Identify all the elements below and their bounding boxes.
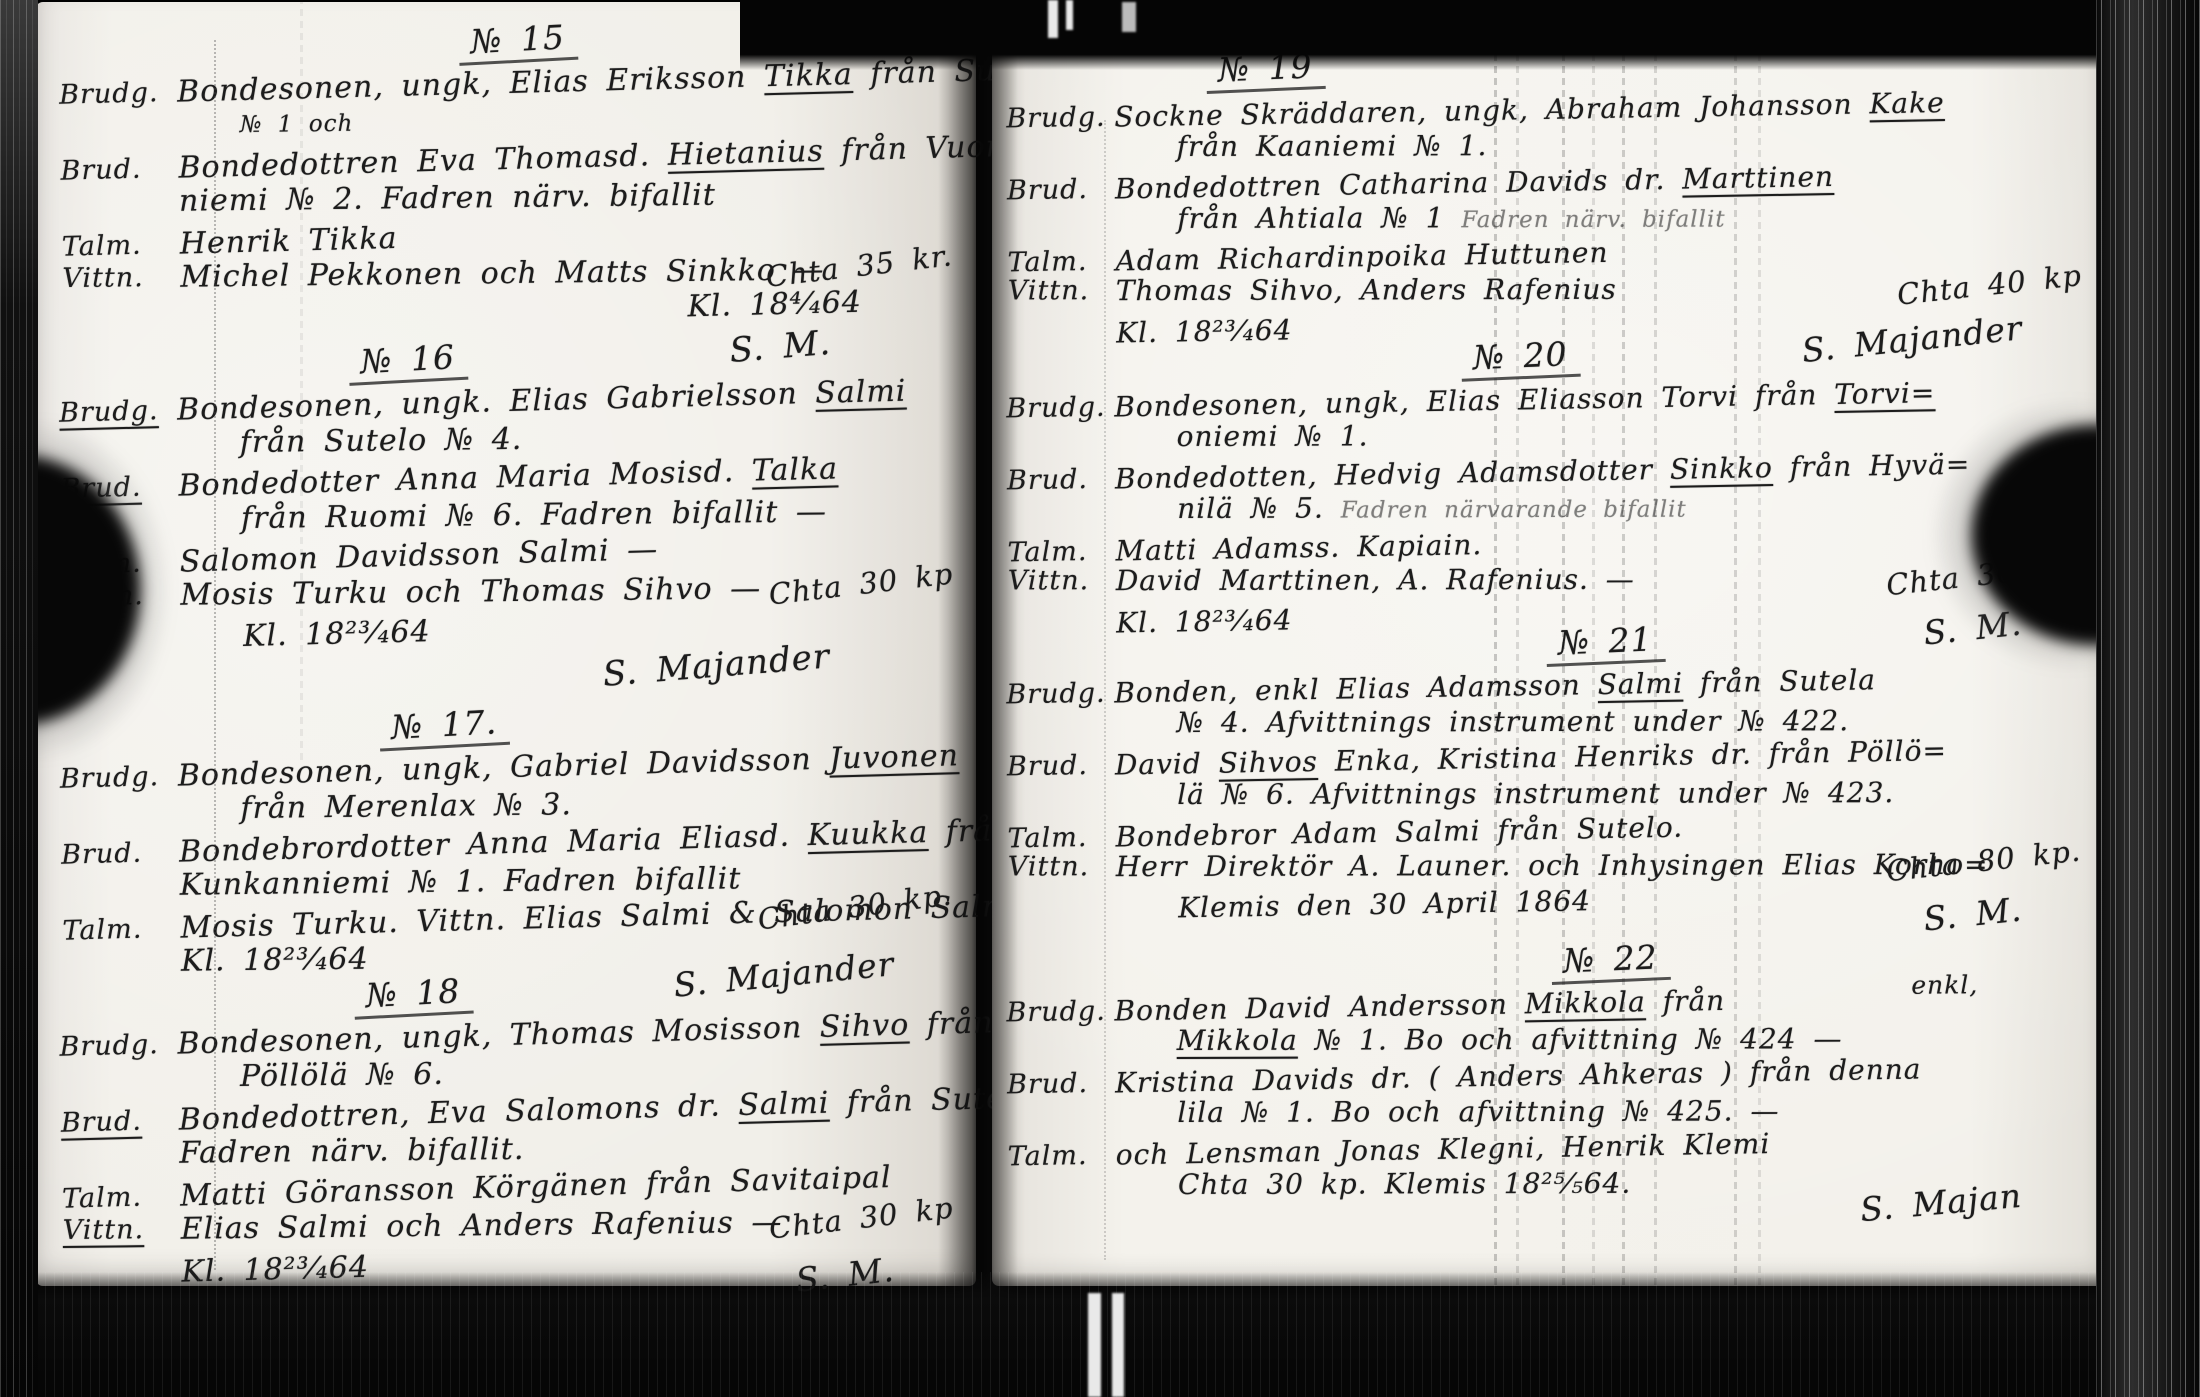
record-entry-18: № 18Brudg.Bondesonen, ungk, Thomas Mosis…: [58, 964, 958, 1292]
film-frame-mark: [1112, 1293, 1124, 1397]
record-entry-20: № 20Brudg.Bondesonen, ungk, Elias Eliass…: [1006, 331, 2087, 638]
film-scratch: [1562, 50, 1565, 1285]
film-scratch: [1758, 50, 1761, 1285]
record-entry-16: № 16Brudg.Bondesonen, ungk. Elias Gabrie…: [58, 330, 959, 696]
margin-rule-right: [1104, 120, 1106, 1260]
record-label: Vittn.: [1008, 849, 1116, 885]
record-label: [1007, 129, 1115, 165]
record-entry-21: № 21Brudg.Bonden, enkl Elias Adamsson Sa…: [1006, 617, 2087, 924]
film-frame-mark: [1088, 1293, 1101, 1397]
right-page: № 19Brudg.Sockne Skräddaren, ungk, Abrah…: [992, 46, 2104, 1286]
left-page: № 15Brudg.Bondesonen, ungk, Elias Erikss…: [36, 2, 976, 1286]
record-label: [60, 108, 178, 147]
film-frame-mark: [1066, 0, 1073, 30]
record-label: [1007, 491, 1115, 527]
film-scratch: [1494, 50, 1497, 1285]
film-scratch: [1592, 50, 1595, 1285]
record-label: Vittn.: [62, 260, 180, 299]
film-border-top: [740, 0, 2100, 70]
film-scratch: [1516, 50, 1519, 1285]
record-entry-19: № 19Brudg.Sockne Skräddaren, ungk, Abrah…: [1006, 41, 2087, 348]
record-label: [62, 868, 180, 907]
record-entry-17: № 17.Brudg.Bondesonen, ungk, Gabriel Dav…: [59, 696, 959, 986]
record-text: S. Majander: [602, 638, 832, 694]
record-label: [1007, 201, 1115, 237]
film-scratch: [1622, 50, 1625, 1285]
film-scratch: [300, 0, 303, 760]
record-label: Vittn.: [1008, 563, 1116, 599]
record-label: [1007, 419, 1115, 455]
record-label: [1007, 777, 1115, 813]
record-label: Vittn.: [63, 1212, 181, 1251]
record-text: Kl. 18⁴⁄₄64: [687, 285, 862, 328]
film-frame-mark: [1048, 0, 1058, 38]
film-border-right: [2096, 0, 2200, 1397]
film-scratch: [1734, 50, 1737, 1285]
record-label: Vittn.: [1008, 273, 1116, 309]
film-frame-mark: [1122, 2, 1136, 32]
record-label: [61, 184, 179, 223]
record-line: Chta 30 kp. Klemis 18²⁵⁄₅64.S. Majan: [1008, 1165, 2086, 1204]
record-label: [1007, 1095, 1115, 1131]
film-border-left: [0, 0, 38, 1397]
record-label: [60, 1060, 178, 1099]
record-label: [1007, 705, 1115, 741]
record-label: [61, 1136, 179, 1175]
record-label: [1007, 1023, 1115, 1059]
record-entry-22: № 22enkl,Brudg.Bonden David Andersson Mi…: [1006, 935, 2086, 1206]
record-label: [60, 792, 178, 831]
record-label: [1008, 1167, 1116, 1203]
microfilm-scan: { "colors": { "film_background": "#0a0a0…: [0, 0, 2200, 1397]
record-label: [1008, 892, 1117, 930]
signature: S. M.: [1922, 892, 2024, 938]
page-gutter: [938, 0, 1018, 1397]
margin-rule-left: [214, 40, 216, 1270]
film-scratch: [1654, 50, 1657, 1285]
